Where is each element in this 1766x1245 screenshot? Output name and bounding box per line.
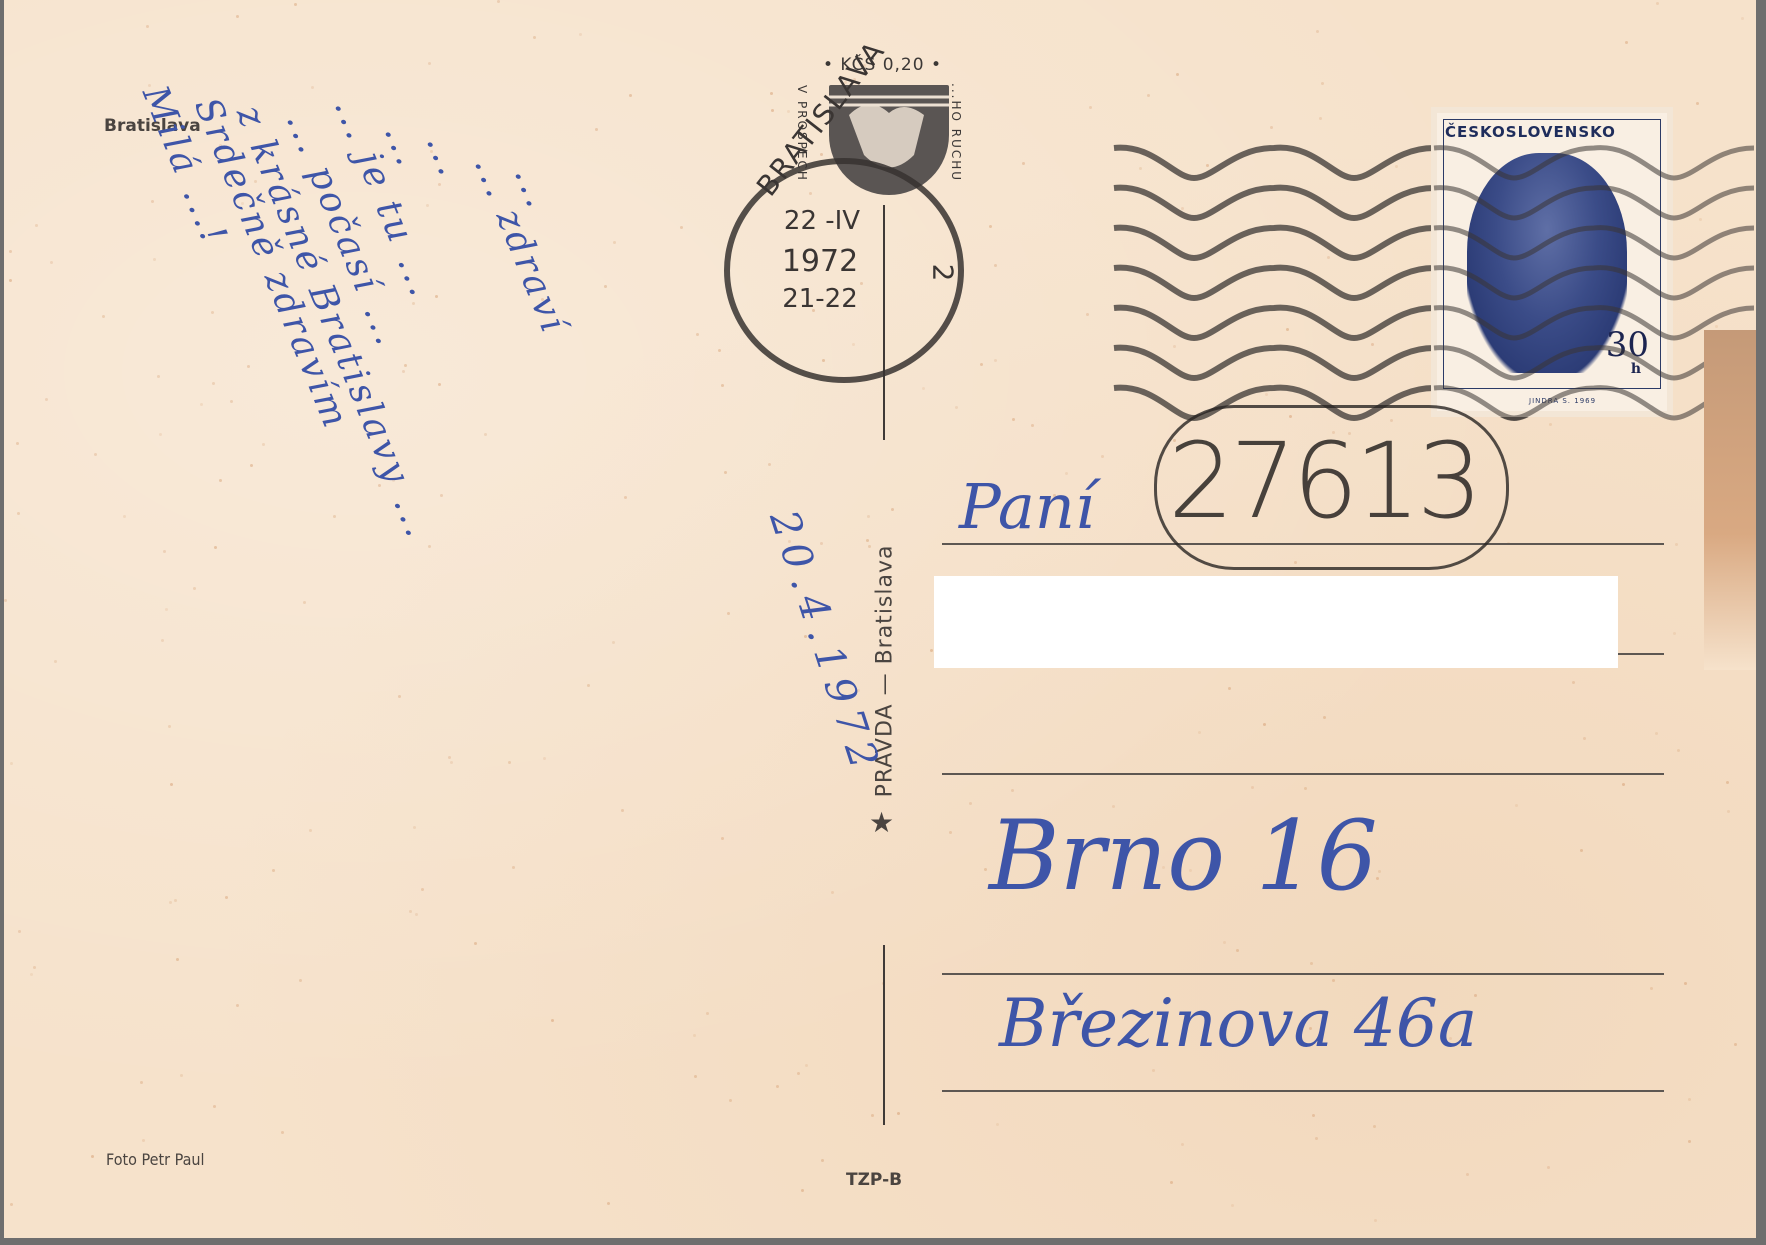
stamp-country: ČESKOSLOVENSKO (1445, 123, 1616, 141)
message-line: ... (418, 128, 472, 184)
address-line-5 (942, 1090, 1664, 1092)
postcard: Bratislava Foto Petr Paul TZP-B ★PRAVDA … (4, 0, 1756, 1238)
postmark-time: 21-22 (706, 284, 934, 314)
pravda-star-logo-icon: ★ (869, 806, 895, 839)
stamp-value: 30 (1606, 325, 1649, 365)
address-line-4 (942, 973, 1664, 975)
torn-edge-damage (1704, 330, 1756, 670)
printer-code: TZP-B (846, 1170, 902, 1190)
address-city: Brno 16 (989, 800, 1378, 912)
address-salutation: Paní (959, 470, 1095, 543)
stamp-portrait-icon (1467, 153, 1627, 373)
stamp-engraver: JINDRA S. 1969 (1529, 397, 1596, 405)
postal-code: 27613 (1168, 420, 1479, 542)
center-divider-bottom (883, 945, 885, 1125)
address-line-3 (942, 773, 1664, 775)
publisher-imprint: ★PRAVDA — Bratislava (866, 545, 899, 836)
postmark-year: 1972 (706, 244, 934, 279)
indicium-inscription-right: ...HO RUCHU (949, 83, 963, 182)
postmark-office-number: 2 (927, 264, 960, 282)
postage-stamp: ČESKOSLOVENSKO 30 h JINDRA S. 1969 (1437, 113, 1667, 411)
postmark: BRATISLAVA 22 -IV 1972 21-22 2 (724, 158, 964, 383)
redacted-recipient-name (934, 576, 1618, 668)
address-street: Březinova 46a (999, 985, 1477, 1062)
stamp-unit: h (1631, 361, 1641, 377)
photo-credit: Foto Petr Paul (106, 1150, 205, 1169)
postmark-date: 22 -IV (708, 206, 936, 236)
